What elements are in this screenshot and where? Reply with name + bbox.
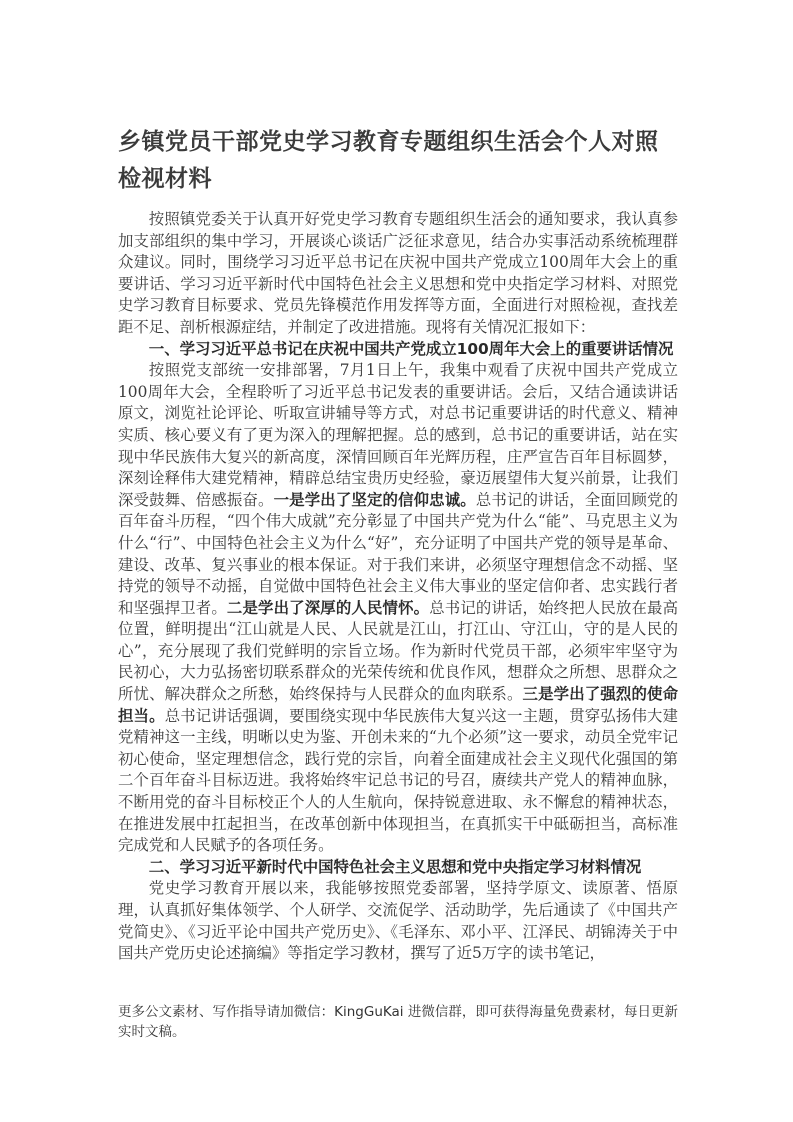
document-title: 乡镇党员干部党史学习教育专题组织生活会个人对照检视材料 [118,124,678,198]
section-1-heading: 一、学习习近平总书记在庆祝中国共产党成立100周年大会上的重要讲话情况 [118,339,678,361]
section-1-point-1: 一是学出了坚定的信仰忠诚。 [274,491,476,509]
section-2-text-0: 党史学习教育开展以来，我能够按照党委部署，坚持学原文、读原著、悟原理，认真抓好集… [118,879,678,962]
section-1-text-6: 总书记讲话强调，要围绕实现中华民族伟大复兴这一主题，贯穿弘扬伟大建党精神这一主线… [118,707,678,855]
footer-note: 更多公文素材、写作指导请加微信：KingGuKai 进微信群，即可获得海量免费素… [118,1002,678,1042]
intro-paragraph: 按照镇党委关于认真开好党史学习教育专题组织生活会的通知要求，我认真参加支部组织的… [118,209,678,339]
section-1-point-2: 二是学出了深厚的人民情怀。 [227,599,429,617]
section-2-paragraph: 党史学习教育开展以来，我能够按照党委部署，坚持学原文、读原著、悟原理，认真抓好集… [118,878,678,964]
document-page: 乡镇党员干部党史学习教育专题组织生活会个人对照检视材料 按照镇党委关于认真开好党… [118,124,678,965]
section-1-paragraph: 按照党支部统一安排部署，7月1日上午，我集中观看了庆祝中国共产党成立100周年大… [118,360,678,857]
section-1-text-0: 按照党支部统一安排部署，7月1日上午，我集中观看了庆祝中国共产党成立100周年大… [118,361,678,509]
section-2-heading: 二、学习习近平新时代中国特色社会主义思想和党中央指定学习材料情况 [118,857,678,879]
